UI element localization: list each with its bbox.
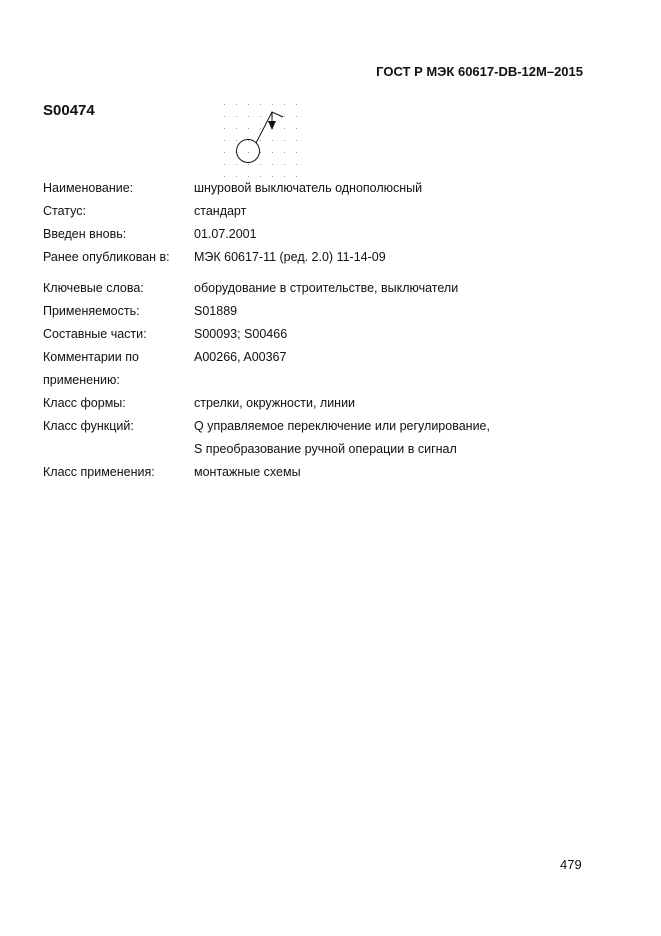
pull-cord-switch-symbol-icon xyxy=(218,98,308,178)
field-value: шнуровой выключатель однополюсный xyxy=(194,180,422,196)
field-value: монтажные схемы xyxy=(194,464,301,480)
field-label: применению: xyxy=(43,372,193,388)
field-label: Ключевые слова: xyxy=(43,280,193,296)
field-label: Статус: xyxy=(43,203,193,219)
page-number: 479 xyxy=(560,857,582,872)
field-label: Класс применения: xyxy=(43,464,193,480)
field-value: МЭК 60617-11 (ред. 2.0) 11-14-09 xyxy=(194,249,386,265)
field-label: Класс формы: xyxy=(43,395,193,411)
field-value: Q управляемое переключение или регулиров… xyxy=(194,418,490,434)
document-header-standard: ГОСТ Р МЭК 60617-DB-12M–2015 xyxy=(376,64,583,79)
field-label: Применяемость: xyxy=(43,303,193,319)
field-label: Класс функций: xyxy=(43,418,193,434)
field-value: A00266, A00367 xyxy=(194,349,286,365)
symbol-code: S00474 xyxy=(43,102,95,119)
field-value: S преобразование ручной операции в сигна… xyxy=(194,441,457,457)
field-label: Введен вновь: xyxy=(43,226,193,242)
field-value: S01889 xyxy=(194,303,237,319)
field-value: стрелки, окружности, линии xyxy=(194,395,355,411)
field-label: Составные части: xyxy=(43,326,193,342)
field-value: стандарт xyxy=(194,203,246,219)
field-label: Комментарии по xyxy=(43,349,193,365)
field-value: 01.07.2001 xyxy=(194,226,257,242)
field-label: Наименование: xyxy=(43,180,193,196)
field-label: Ранее опубликован в: xyxy=(43,249,193,265)
field-value: S00093; S00466 xyxy=(194,326,287,342)
field-value: оборудование в строительстве, выключател… xyxy=(194,280,458,296)
